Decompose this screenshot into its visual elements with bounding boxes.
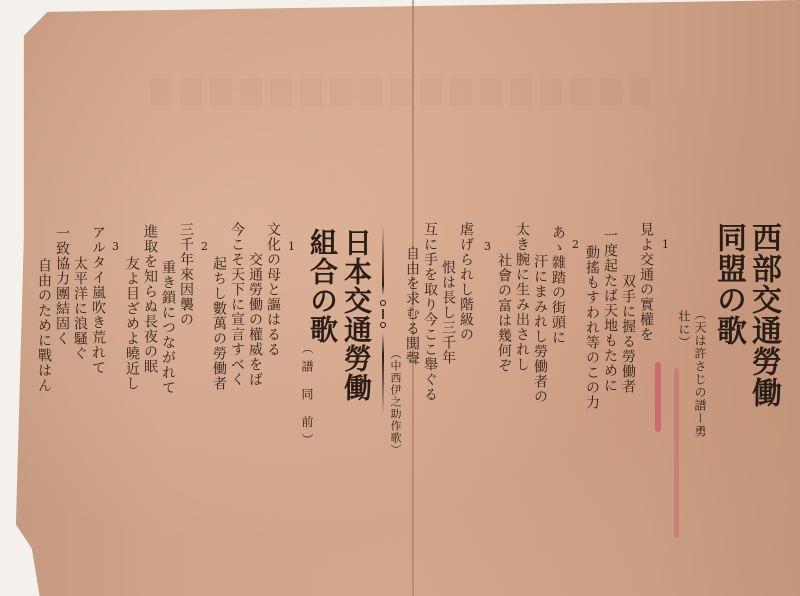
song1-verse1-line2: 双手に握る勞働者 [620, 274, 636, 394]
song1-subtitle-line2: 壮に） [677, 310, 691, 349]
song1-subtitle-line1: （天は許さじの譜ー勇 [693, 308, 707, 438]
song1-verse2-line2: 汗にまみれし勞働者の [532, 254, 548, 404]
song1-verse1-number: 1 [662, 238, 669, 251]
pink-ink-mark [655, 362, 661, 432]
song2-verse3-number: 3 [112, 240, 119, 253]
song2-verse1-line3: 今こそ天下に宣言すべく [229, 222, 245, 387]
song1-verse3-number: 3 [484, 240, 491, 253]
song2-verse2-line3: 進取を知らぬ長夜の眠 [142, 224, 158, 374]
song1-verse2-number: 2 [572, 238, 579, 251]
song2-verse2-line4: 友よ目ざめよ曉近し [124, 256, 140, 391]
song2-verse3-line4: 自由のために戰はん [36, 258, 52, 393]
show-through-header [150, 78, 650, 106]
song1-verse3-line2: 恨は長し三千年 [440, 260, 456, 365]
song2-subtitle: （譜 同 前） [300, 342, 314, 452]
song2-verse2-line1: 三千年來因襲の [178, 222, 194, 327]
song1-verse2-line1: あゝ雜踏の街頭に [550, 225, 566, 345]
song2-verse1-line1: 文化の母と謳はるる [265, 222, 281, 357]
song2-verse2-line2: 重き鎖につながれて [160, 260, 176, 395]
song2-title-line2: 組合の歌 [304, 228, 340, 344]
song2-verse3-line3: 一致協力團結固く [54, 226, 70, 346]
song1-title-line2: 同盟の歌 [710, 222, 746, 346]
song2-verse1-line4: 起ちし數萬の勞働者 [211, 256, 227, 391]
song1-title-line1: 西部交通勞働 [745, 222, 781, 408]
song2-verse1-number: 1 [288, 240, 295, 253]
decorative-divider-ornament [380, 225, 386, 415]
song2-title-line1: 日本交通勞働 [338, 228, 374, 402]
song2-verse3-line2: 太平洋に浪騷ぐ [72, 256, 88, 361]
song1-credit: （中西伊之助作歌） [388, 348, 402, 456]
song2-verse2-number: 2 [201, 240, 208, 253]
song1-verse3-line1: 虐げられし階級の [458, 222, 474, 342]
song1-verse1-line3: 一度起たば天地もために [602, 228, 618, 393]
song1-verse2-line3: 太き腕に生み出されし [514, 222, 530, 372]
song1-verse2-line4: 社會の富は幾何ぞ [496, 253, 512, 373]
song1-verse1-line4: 動搖もすわれ等のこの力 [584, 245, 600, 410]
song2-verse3-line1: アルタイ嵐吹き荒れて [90, 225, 106, 375]
song1-verse3-line4: 自由を求むる閧聲 [404, 246, 420, 366]
song2-verse1-line2: 交通勞働の權威をば [247, 252, 263, 387]
song1-verse1-line1: 見よ交通の實權を [638, 222, 654, 342]
song1-verse3-line3: 互に手を取り今ここ舉ぐる [422, 222, 438, 402]
pink-ink-mark-long [674, 368, 679, 538]
